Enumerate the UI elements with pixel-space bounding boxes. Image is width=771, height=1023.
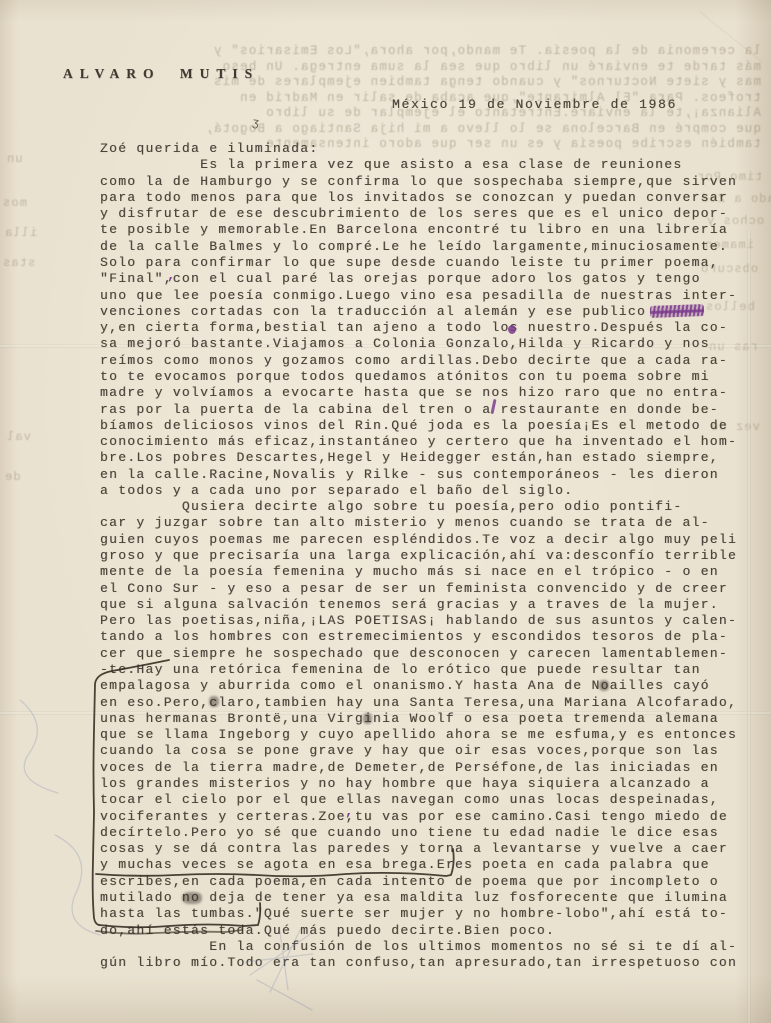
letterhead-name: ALVARO MUTIS [63, 66, 259, 82]
bleedthrough-line: la ceremonia de la poesía. Te mando,por … [150, 44, 761, 60]
purple-ink-strikeout [650, 304, 704, 318]
bleedthrough-fragment: stas [2, 256, 35, 270]
edge-crease [747, 230, 751, 1023]
overstrike-smudge [363, 713, 372, 724]
overstrike-smudge [182, 892, 202, 904]
dateline: México 19 de Noviembre de 1986 [392, 97, 677, 112]
purple-ink-dot [508, 325, 516, 334]
bleedthrough-fragment: val [6, 430, 31, 444]
bleedthrough-fragment: de [4, 470, 21, 484]
overstrike-smudge [599, 680, 609, 691]
bleedthrough-fragment: mos [2, 196, 27, 210]
bleedthrough-line: que compré en Barcelona se lo llevo a mi… [150, 122, 761, 138]
letter-page: la ceremonia de la poesía. Te mando,por … [0, 0, 771, 1023]
purple-comma-mark: , [345, 804, 353, 820]
letter-body: Zoé querida e iluminada: Es la primera v… [100, 141, 737, 971]
bleedthrough-fragment: un [6, 152, 23, 166]
purple-comma-mark: , [167, 268, 175, 284]
overstrike-smudge [209, 696, 219, 707]
bleedthrough-fragment: illa [4, 226, 37, 240]
